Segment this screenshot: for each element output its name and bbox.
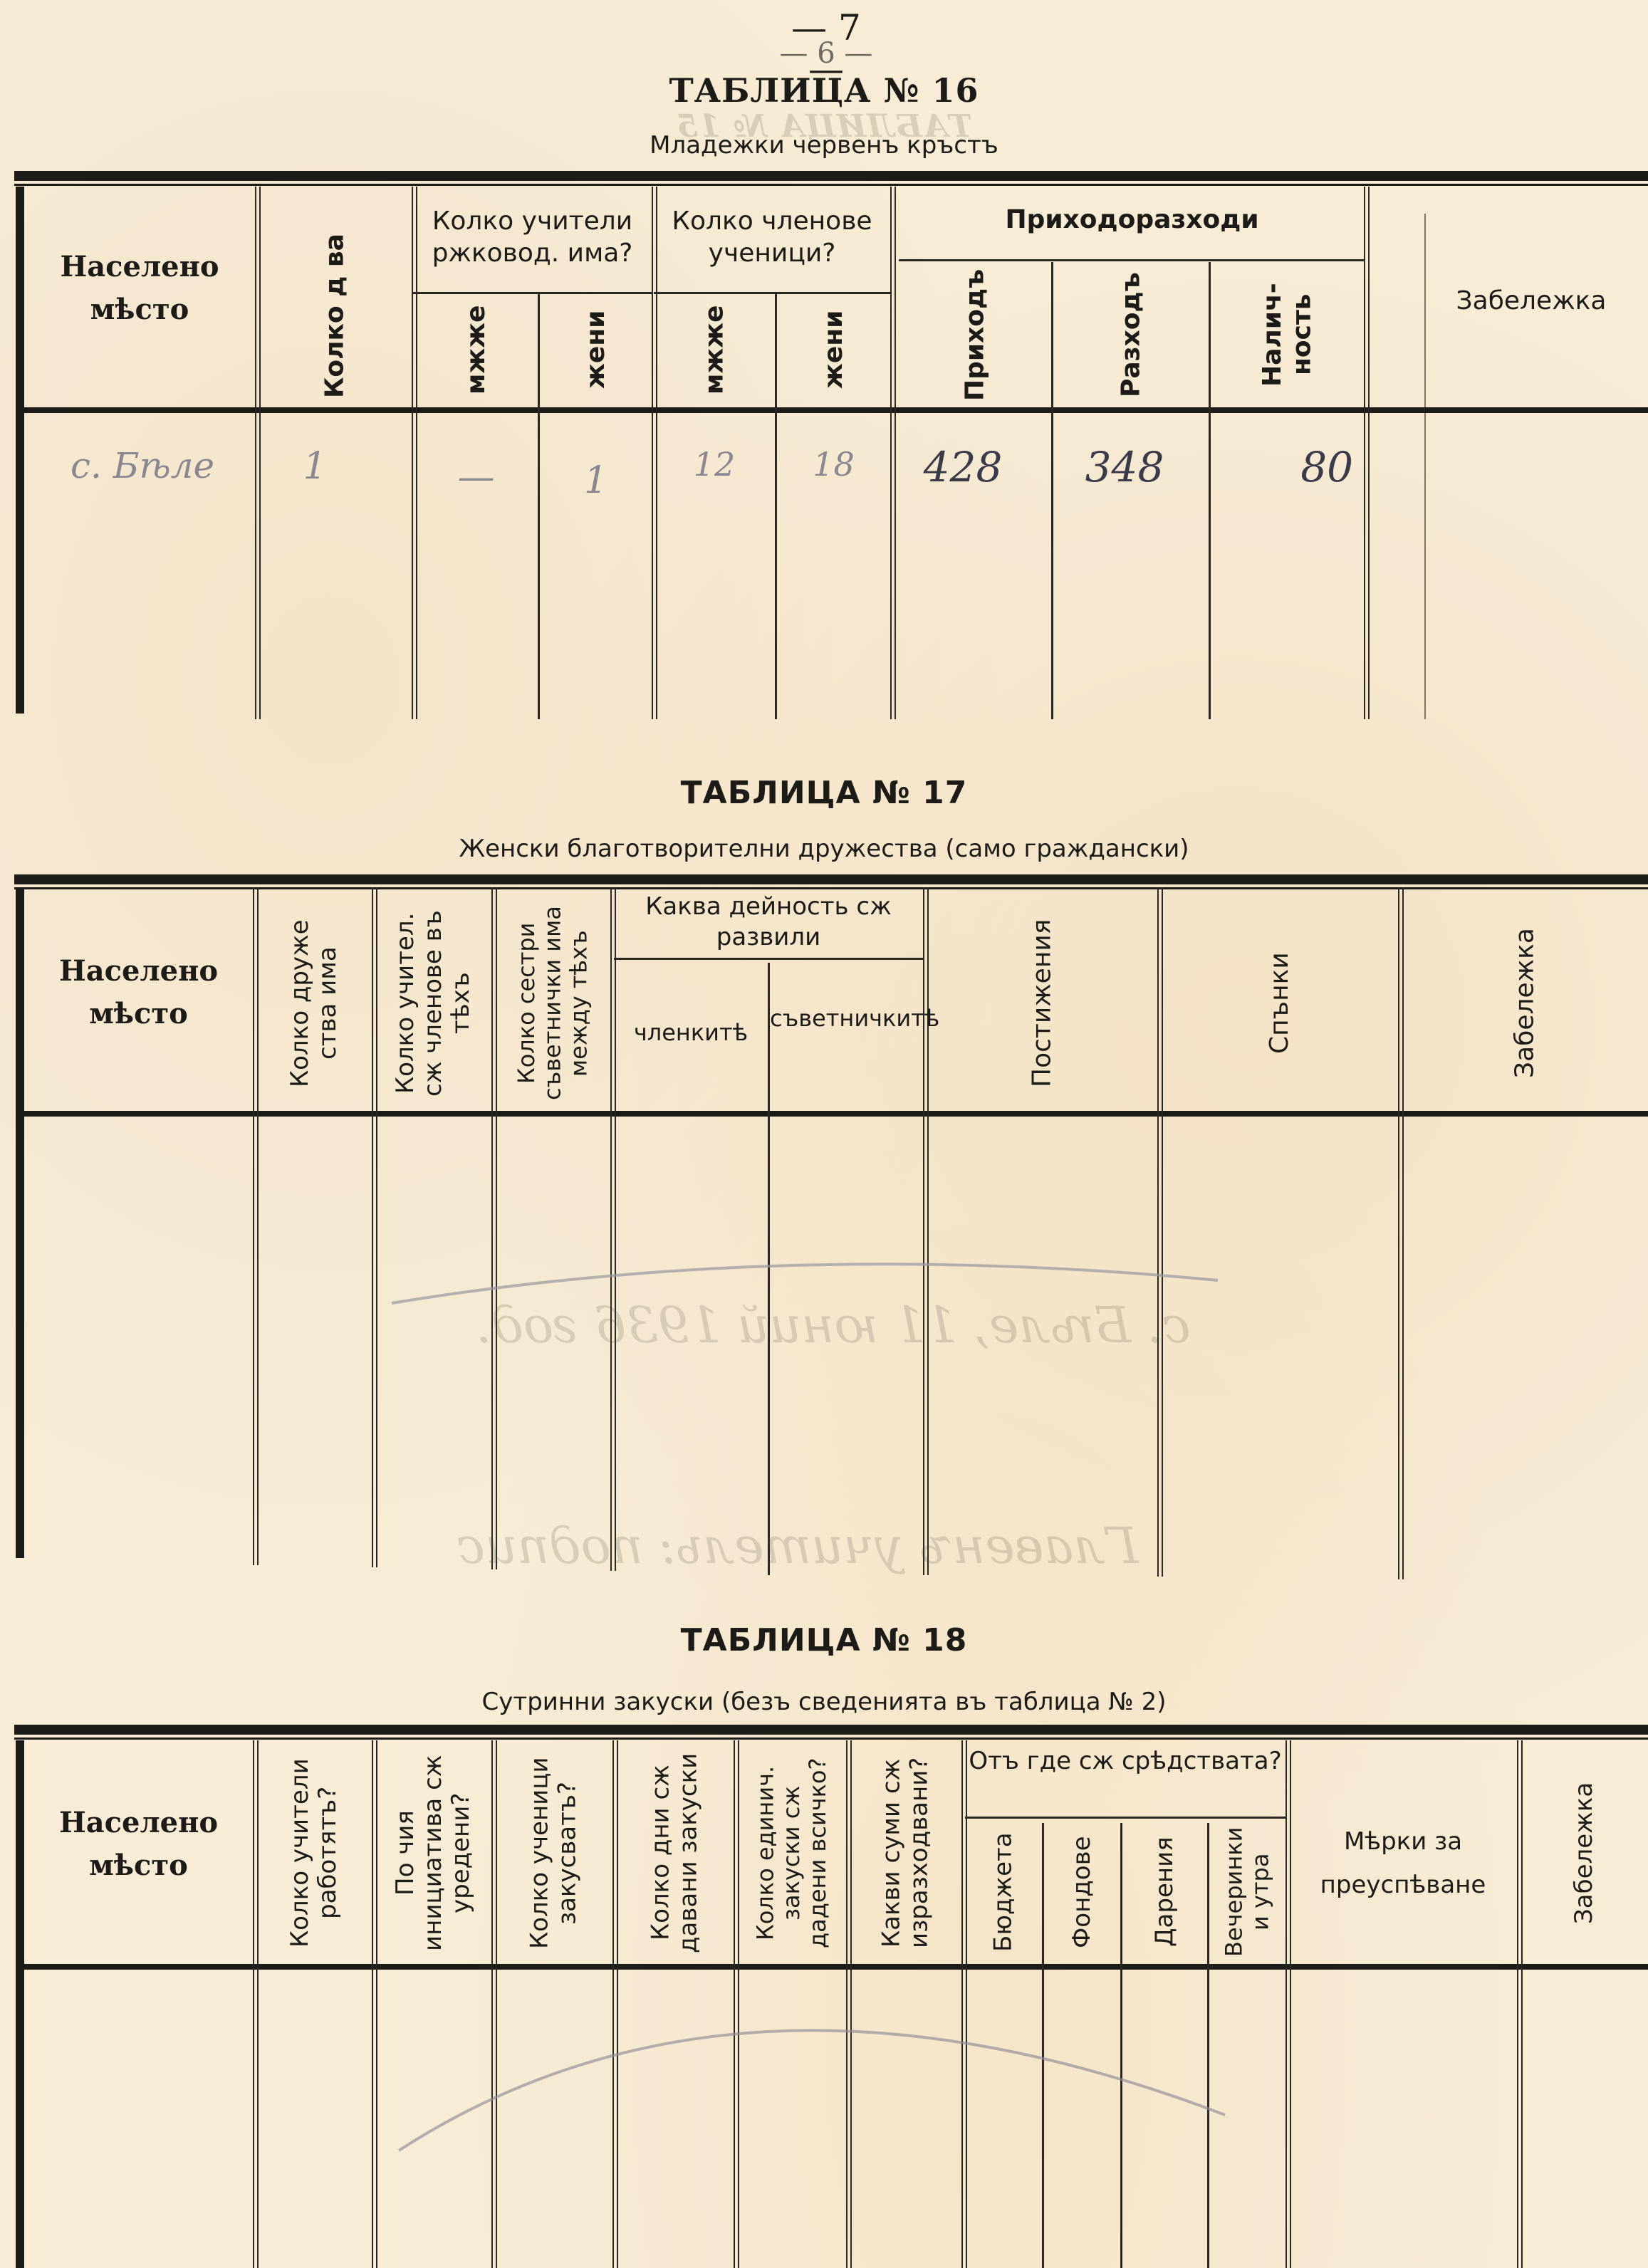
col-divider — [652, 187, 653, 719]
header-bottom-rule — [24, 1111, 1648, 1117]
header-achievements: Постижения — [927, 899, 1157, 1108]
header-count-societies: Колко друже ства има — [256, 899, 372, 1108]
group-divider — [654, 292, 890, 294]
header-sister-advisors: Колко сестри съветнички има между тѣхъ — [495, 899, 610, 1108]
header-income: Приходъ — [899, 265, 1051, 404]
table-18-title: ТАБЛИЦА № 18 — [0, 1622, 1648, 1658]
header-bottom-rule — [24, 1964, 1648, 1970]
col-divider — [372, 887, 373, 1567]
header-meetings: Спънки — [1161, 899, 1398, 1108]
col-divider — [890, 187, 892, 719]
col-divider — [1517, 1740, 1518, 2268]
top-rule-thin — [14, 1737, 1648, 1740]
pencil-arc-mark — [385, 1972, 1253, 2158]
header-funds-budget: Бюджета — [965, 1823, 1042, 1961]
top-rule — [14, 874, 1648, 884]
table-17-title: ТАБЛИЦА № 17 — [0, 775, 1648, 811]
header-activity-group: Каква дейность сж развили — [614, 892, 923, 952]
header-place: Населено мѣсто — [24, 950, 253, 1035]
top-rule — [14, 171, 1648, 181]
header-measures: Мѣрки за преуспѣване — [1289, 1820, 1517, 1907]
cell-teachers-women: 1 — [540, 459, 652, 502]
group-divider — [413, 292, 652, 294]
header-teachers-women: жени — [540, 296, 652, 404]
header-place: Населено мѣсто — [24, 1802, 253, 1887]
col-divider — [1285, 1740, 1287, 2268]
header-note: Забележка — [1402, 899, 1648, 1108]
header-members-women: жени — [777, 296, 890, 404]
table-17-subtitle: Женски благотворителни дружества (само г… — [0, 835, 1648, 863]
header-finance-group: Приходоразходи — [899, 204, 1365, 236]
group-divider — [899, 259, 1365, 261]
col-divider — [1364, 187, 1365, 719]
header-funds-evenings: Вечеринки и утра — [1209, 1823, 1285, 1961]
cell-count-groups: 1 — [258, 445, 372, 488]
header-teachers-working: Колко учители работятъ? — [256, 1745, 372, 1961]
cell-teachers-men: — — [414, 456, 538, 498]
top-rule-thin — [14, 184, 1648, 186]
cell-members-women: 18 — [777, 445, 890, 484]
col-divider — [253, 887, 254, 1565]
header-expense: Разходъ — [1053, 265, 1209, 404]
top-rule — [14, 1725, 1648, 1735]
header-sums-spent: Какви суми сж изразходвани? — [850, 1745, 961, 1961]
table-16-title: ТАБЛИЦА № 16 — [0, 71, 1648, 110]
header-days-given: Колко дни сж давани закуски — [616, 1745, 734, 1961]
col-divider — [372, 1740, 373, 2268]
col-divider — [923, 887, 924, 1575]
header-balance: Налич-ность — [1211, 265, 1364, 404]
header-note: Забележка — [1424, 285, 1638, 317]
col-divider — [610, 887, 612, 1571]
header-students-eating: Колко ученици закусватъ? — [495, 1745, 612, 1961]
header-teacher-members: Колко учител. сж членове въ тѣхъ — [375, 899, 491, 1108]
bleed-through-signature: с. Бѣле, 11 юний 1936 год. — [442, 1296, 1225, 1354]
header-initiative: По чия инициатива сж уредени? — [375, 1745, 491, 1961]
bleed-through-signature: Главенъ учитель: подпис — [370, 1517, 1225, 1575]
cell-expense: 348 — [1053, 443, 1196, 491]
header-members-group: Колко членове ученици? — [654, 205, 890, 269]
header-activity-advisors: съветничкитѣ — [770, 997, 923, 1040]
header-bottom-rule — [24, 407, 1648, 413]
header-note: Забележка — [1521, 1745, 1648, 1961]
col-divider — [253, 1740, 254, 2268]
col-divider — [1398, 887, 1399, 1579]
page-number-overwritten: — 6 — — [769, 37, 883, 70]
header-count-groups: Колко д ва — [258, 228, 412, 404]
left-border — [16, 187, 24, 714]
header-funds-donations: Дарения — [1122, 1823, 1207, 1961]
header-units-given: Колко единич. закуски сж дадени всичко? — [737, 1745, 846, 1961]
cell-place: с. Бѣле — [50, 445, 235, 486]
col-divider — [1157, 887, 1159, 1577]
table-16-subtitle: Младежки червенъ кръстъ — [0, 131, 1648, 160]
cell-members-men: 12 — [654, 445, 775, 484]
cell-income: 428 — [899, 443, 1027, 491]
group-divider — [965, 1817, 1285, 1819]
top-rule-thin — [14, 887, 1648, 889]
col-divider — [491, 887, 493, 1569]
cell-balance: 80 — [1225, 443, 1353, 491]
header-members-men: мжже — [654, 296, 775, 404]
header-teachers-men: мжже — [414, 296, 538, 404]
left-border — [16, 1740, 24, 2268]
header-teachers-group: Колко учители ржковод. има? — [413, 205, 652, 269]
header-funds-group: Отъ где сж срѣдствата? — [965, 1746, 1285, 1777]
header-place: Населено мѣсто — [24, 246, 255, 331]
header-funds-funds: Фондове — [1044, 1823, 1120, 1961]
group-divider — [614, 958, 923, 960]
header-activity-members: членкитѣ — [614, 1018, 768, 1047]
left-border — [16, 889, 24, 1558]
table-18-subtitle: Сутринни закуски (безъ сведенията въ таб… — [0, 1688, 1648, 1716]
col-divider — [255, 187, 256, 719]
